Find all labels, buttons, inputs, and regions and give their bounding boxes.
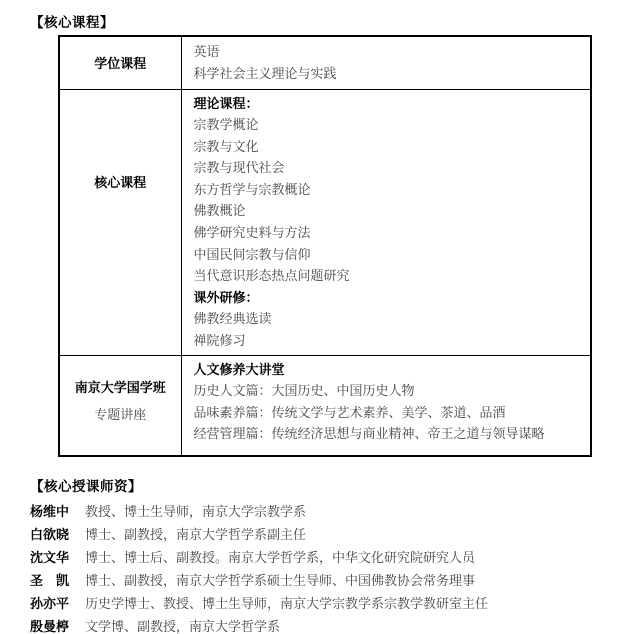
faculty-list: 杨维中教授、博士生导师，南京大学宗教学系 白欲晓博士、副教授，南京大学哲学系副主… [30, 500, 592, 634]
faculty-row: 白欲晓博士、副教授，南京大学哲学系副主任 [30, 523, 592, 546]
core-courses-section-title: 【核心课程】 [30, 11, 592, 31]
faculty-row: 殷曼楟文学博、副教授，南京大学哲学系 [30, 615, 592, 634]
faculty-name: 白欲晓 [30, 523, 77, 546]
table-row-degree-courses: 学位课程 英语 科学社会主义理论与实践 [59, 36, 591, 89]
course-line: 宗教学概论 [194, 114, 583, 136]
course-line: 宗教与现代社会 [194, 157, 583, 179]
faculty-description: 教授、博士生导师，南京大学宗教学系 [85, 504, 306, 519]
faculty-row: 沈文华博士、博士后、副教授。南京大学哲学系，中华文化研究院研究人员 [30, 546, 592, 569]
course-line: 佛教经典选读 [194, 308, 583, 330]
faculty-description: 博士、副教授，南京大学哲学系副主任 [85, 527, 306, 542]
faculty-name: 殷曼楟 [30, 615, 77, 634]
faculty-name: 圣 凯 [30, 569, 77, 592]
table-row-guoxue-lectures: 南京大学国学班 专题讲座 人文修养大讲堂 历史人文篇：大国历史、中国历史人物 品… [59, 355, 591, 456]
course-line: 佛教概论 [194, 200, 583, 222]
faculty-name: 沈文华 [30, 546, 77, 569]
lecture-line: 历史人文篇：大国历史、中国历史人物 [194, 380, 583, 402]
faculty-row: 圣 凯博士、副教授，南京大学哲学系硕士生导师、中国佛教协会常务理事 [30, 569, 592, 592]
course-line: 佛学研究史料与方法 [194, 222, 583, 244]
lecture-series-title: 人文修养大讲堂 [194, 359, 583, 381]
table-row-core-courses: 核心课程 理论课程： 宗教学概论 宗教与文化 宗教与现代社会 东方哲学与宗教概论… [59, 89, 591, 355]
course-group-heading: 课外研修： [194, 287, 583, 309]
faculty-description: 博士、副教授，南京大学哲学系硕士生导师、中国佛教协会常务理事 [85, 573, 475, 588]
row-header-degree-courses: 学位课程 [59, 36, 181, 89]
degree-courses-cell: 英语 科学社会主义理论与实践 [181, 36, 591, 89]
faculty-description: 文学博、副教授，南京大学哲学系 [85, 619, 280, 634]
faculty-description: 历史学博士、教授、博士生导师，南京大学宗教学系宗教学教研室主任 [85, 596, 488, 611]
course-group-heading: 理论课程： [194, 93, 583, 115]
faculty-name: 杨维中 [30, 500, 77, 523]
lecture-line: 经营管理篇：传统经济思想与商业精神、帝王之道与领导谋略 [194, 423, 583, 445]
core-courses-cell: 理论课程： 宗教学概论 宗教与文化 宗教与现代社会 东方哲学与宗教概论 佛教概论… [181, 89, 591, 355]
guoxue-lectures-cell: 人文修养大讲堂 历史人文篇：大国历史、中国历史人物 品味素养篇：传统文学与艺术素… [181, 355, 591, 456]
course-line: 宗教与文化 [194, 136, 583, 158]
course-line: 当代意识形态热点问题研究 [194, 265, 583, 287]
course-table: 学位课程 英语 科学社会主义理论与实践 核心课程 理论课程： 宗教学概论 宗教与… [58, 35, 592, 457]
faculty-description: 博士、博士后、副教授。南京大学哲学系，中华文化研究院研究人员 [85, 550, 475, 565]
lecture-line: 品味素养篇：传统文学与艺术素养、美学、茶道、品酒 [194, 402, 583, 424]
course-line: 禅院修习 [194, 330, 583, 352]
course-line: 科学社会主义理论与实践 [194, 63, 583, 85]
course-line: 中国民间宗教与信仰 [194, 244, 583, 266]
guoxue-class-sublabel: 专题讲座 [61, 404, 180, 423]
course-line: 东方哲学与宗教概论 [194, 179, 583, 201]
course-line: 英语 [194, 41, 583, 63]
faculty-row: 杨维中教授、博士生导师，南京大学宗教学系 [30, 500, 592, 523]
row-header-core-courses: 核心课程 [59, 89, 181, 355]
row-header-guoxue-class: 南京大学国学班 专题讲座 [59, 355, 181, 456]
faculty-section-title: 【核心授课师资】 [30, 475, 592, 495]
faculty-row: 孙亦平历史学博士、教授、博士生导师，南京大学宗教学系宗教学教研室主任 [30, 592, 592, 615]
faculty-name: 孙亦平 [30, 592, 77, 615]
document-page: 【核心课程】 学位课程 英语 科学社会主义理论与实践 核心课程 理论课程： 宗教… [0, 0, 622, 634]
guoxue-class-label: 南京大学国学班 [61, 377, 180, 396]
